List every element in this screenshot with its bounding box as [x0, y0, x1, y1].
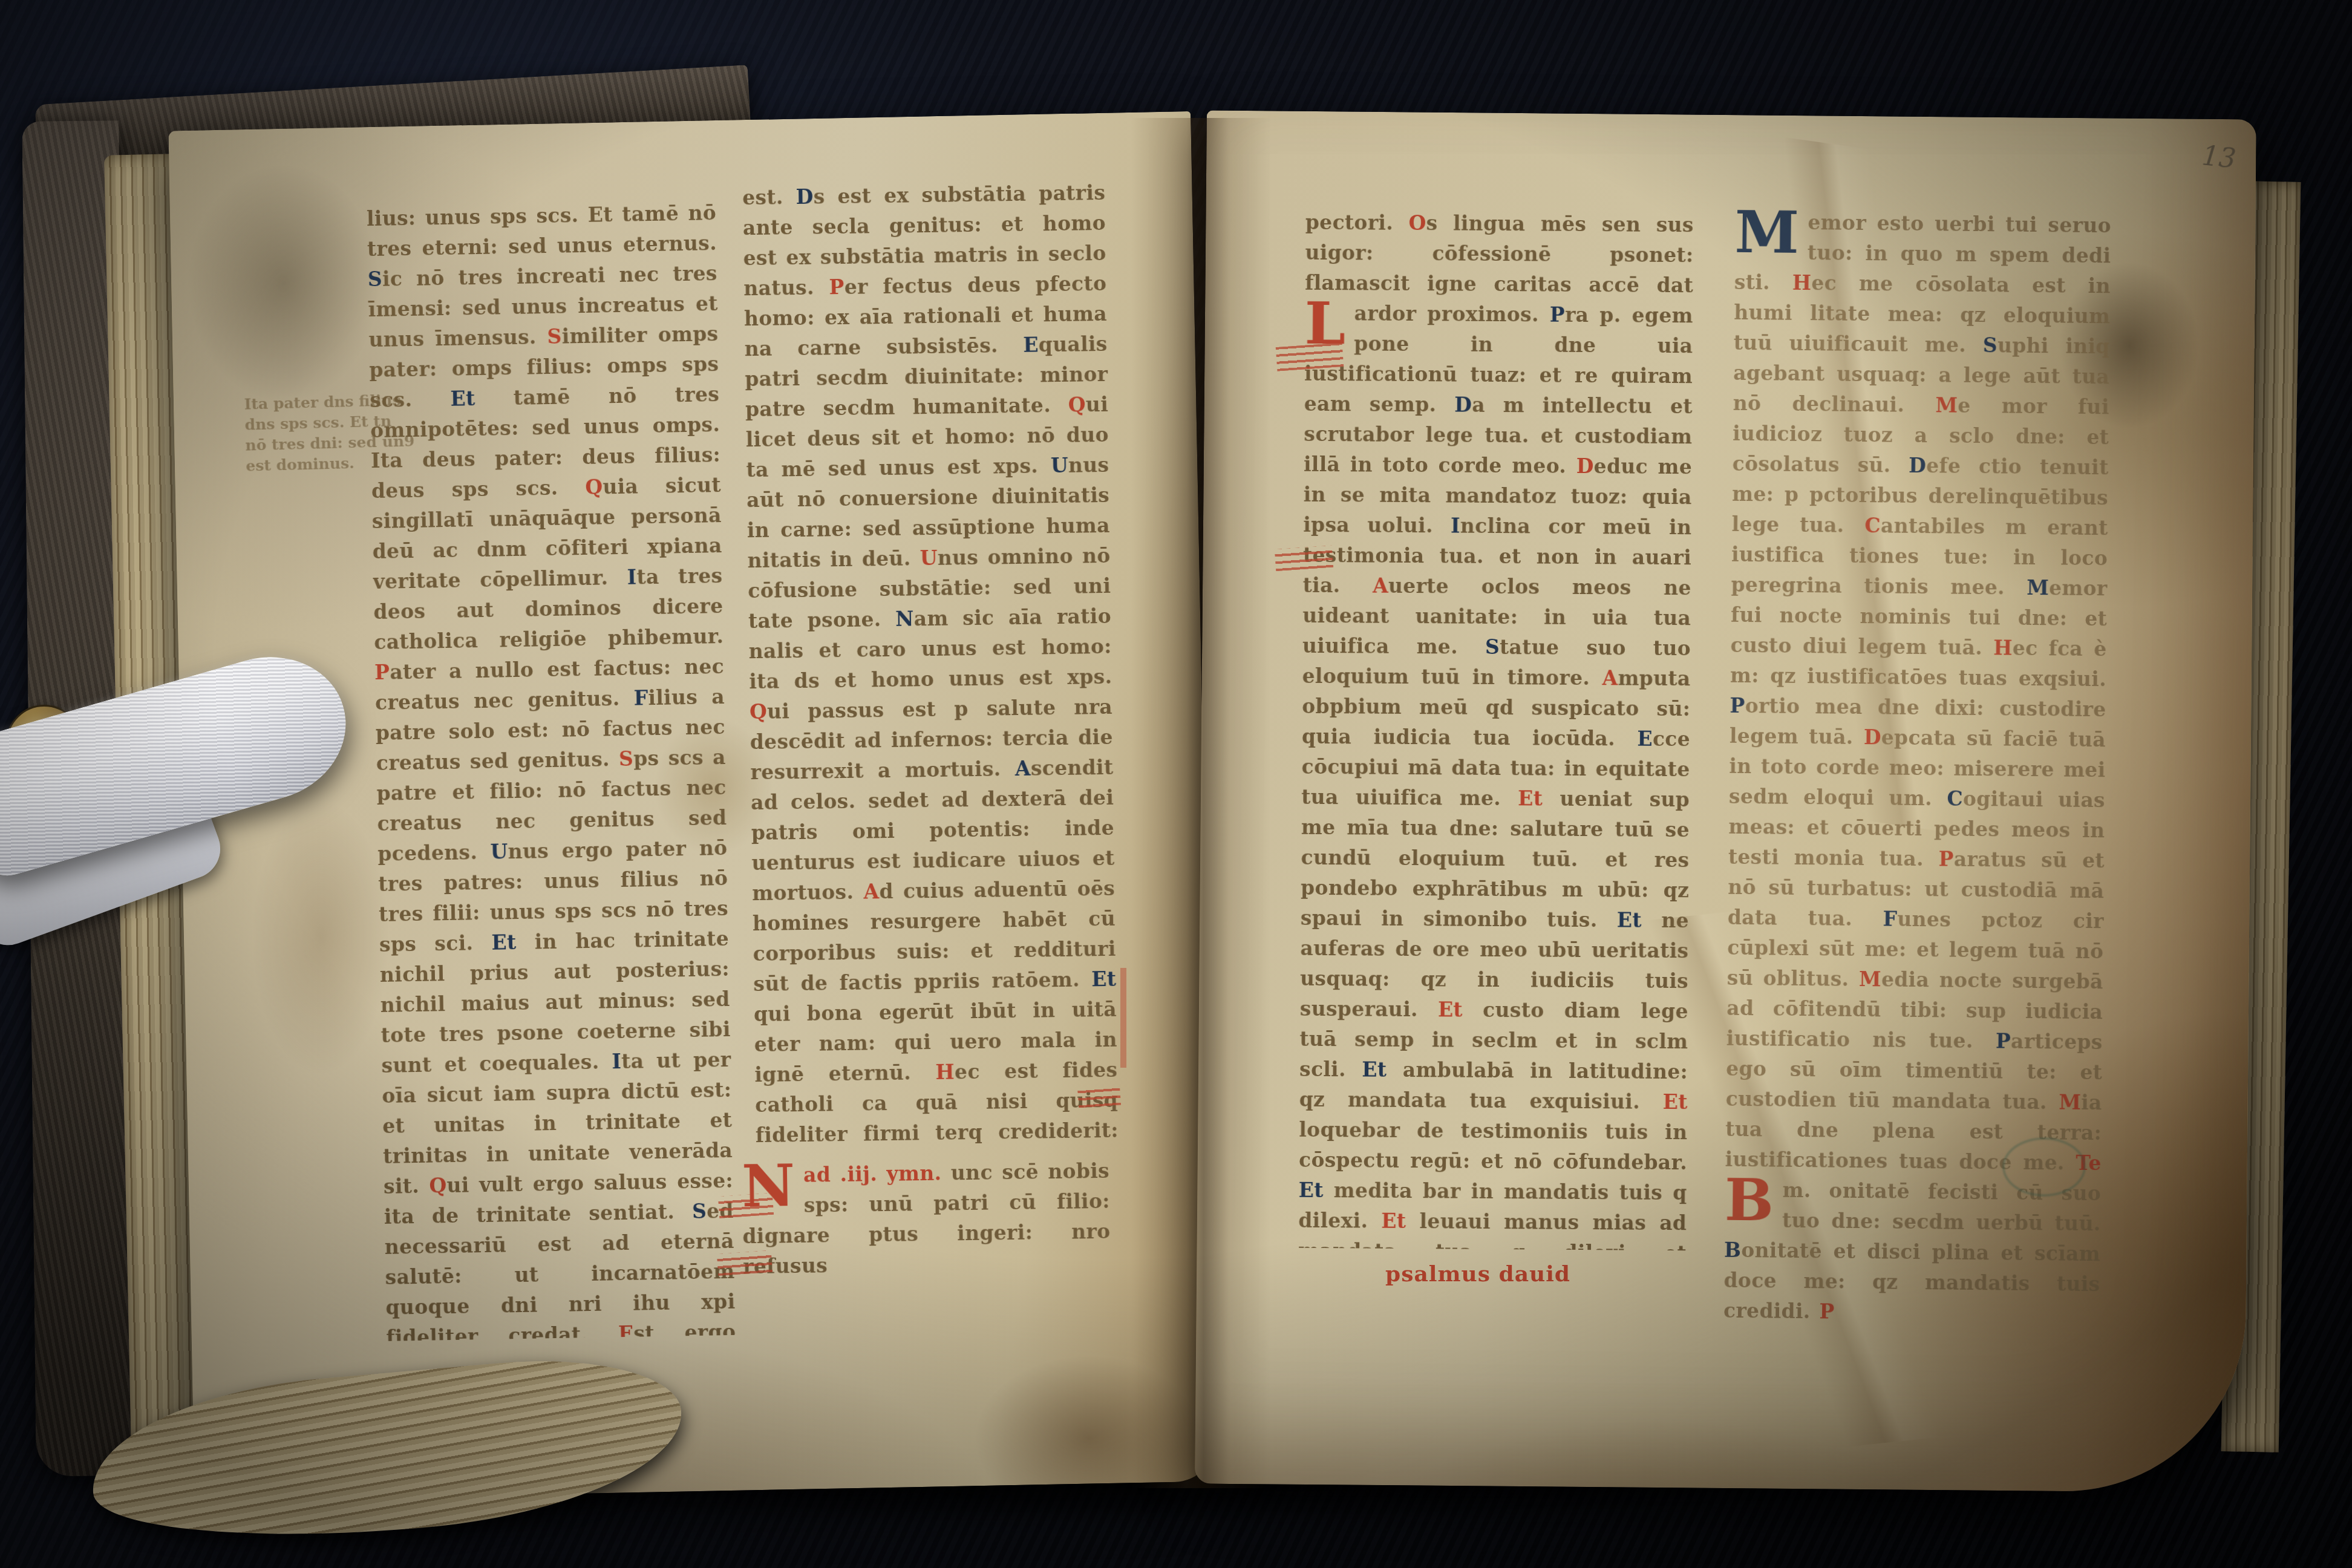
colored-initial: H [1993, 636, 2013, 659]
penwork-flourish [1276, 342, 1344, 371]
manuscript-photo: 13 Ita pater dns filiusdns sps scs. Et t… [0, 0, 2352, 1568]
colored-initial: M [1935, 393, 1958, 417]
colored-initial: L [1304, 301, 1345, 347]
colored-initial: Q [585, 475, 603, 499]
colored-initial: D [1864, 725, 1881, 749]
colored-initial: S [547, 325, 562, 348]
colored-initial: O [1408, 211, 1426, 235]
colored-initial: S [367, 267, 382, 291]
colored-initial: H [1792, 271, 1812, 295]
colored-initial: Et [1362, 1057, 1387, 1081]
annotation-circle [2002, 1137, 2086, 1197]
colored-initial: Et [1518, 786, 1543, 810]
colored-initial: D [1454, 393, 1472, 417]
colored-initial: Et [1663, 1090, 1688, 1114]
left-page-column-1: lius: unus sps scs. Et tamē nō tres eter… [367, 198, 736, 1341]
colored-initial: P [829, 275, 844, 299]
body-text: onitatē et disci plina et scīam doce me:… [1723, 1238, 2100, 1323]
colored-initial: P [1550, 303, 1565, 327]
colored-initial: S [1983, 333, 1998, 357]
colored-initial: E [1023, 333, 1039, 356]
colored-initial: ymn. [886, 1161, 951, 1185]
colored-initial: B [1724, 1238, 1742, 1262]
colored-initial: P [374, 661, 390, 684]
colored-initial: C [1947, 787, 1963, 811]
left-page-column-2: est. Ds est ex substātia patris ante sec… [742, 178, 1119, 1151]
body-text: lius: unus sps scs. Et tamē nō tres eter… [367, 201, 717, 261]
colored-initial: U [920, 546, 938, 570]
colored-initial: M [2027, 576, 2049, 599]
colored-initial: Et [1299, 1178, 1324, 1202]
colored-initial: ad .iij. [803, 1162, 887, 1187]
colored-initial: S [692, 1200, 707, 1223]
colored-initial: D [1576, 454, 1594, 478]
psalm-rubric: psalmus dauid [1385, 1261, 1570, 1287]
colored-initial: F [633, 686, 648, 710]
colored-initial: S [619, 747, 634, 771]
body-text: pectori. [1305, 211, 1409, 235]
penwork-flourish [1275, 546, 1333, 572]
colored-initial: Et [450, 387, 475, 411]
colored-initial: I [627, 565, 636, 589]
colored-initial: N [895, 607, 914, 630]
left-page-terce-hymn: ad .iij. ymn. Nunc scē nobis sps: unū pa… [742, 1156, 1112, 1361]
colored-initial: D [1909, 454, 1926, 477]
colored-initial: U [1051, 454, 1069, 477]
penwork-flourish [717, 1250, 773, 1276]
colored-initial: P [1938, 847, 1954, 871]
body-text: ra p. [1565, 303, 1632, 327]
colored-initial: I [1451, 514, 1460, 537]
colored-initial: A [1373, 574, 1388, 598]
body-text: est. [742, 185, 796, 209]
colored-initial: Et [1091, 967, 1117, 991]
colored-initial: A [863, 880, 879, 903]
colored-initial: A [1602, 666, 1618, 690]
colored-initial: F [1883, 907, 1897, 930]
colored-initial: U [490, 840, 508, 864]
colored-initial: Q [429, 1174, 447, 1198]
body-text: m. [1782, 1178, 1829, 1203]
red-margin-stroke [1120, 968, 1126, 1068]
right-page-column-2: Memor esto uerbi tui seruo tuo: in quo m… [1723, 207, 2111, 1378]
colored-initial: C [1864, 514, 1881, 537]
colored-initial: B [1725, 1177, 1774, 1224]
colored-initial: H [935, 1060, 955, 1084]
colored-initial: Et [1438, 998, 1463, 1021]
colored-initial: P [1730, 694, 1745, 717]
colored-initial: S [1485, 635, 1500, 659]
colored-initial: P [1819, 1299, 1835, 1323]
penwork-flourish [1077, 1085, 1121, 1108]
colored-initial: M [1859, 967, 1881, 991]
colored-initial: M [1734, 209, 1799, 256]
body-text: loquebar de testimoniis tuis in cōspectu… [1299, 1118, 1688, 1174]
colored-initial: Et [491, 930, 517, 955]
colored-initial: D [795, 185, 813, 209]
colored-initial: I [612, 1050, 621, 1073]
folio-number: 13 [2200, 140, 2237, 175]
colored-initial: M [2059, 1090, 2081, 1114]
gutter-fold [1131, 118, 1270, 1488]
colored-initial: Q [1068, 393, 1086, 416]
colored-initial: Et [1617, 908, 1642, 932]
colored-initial: Q [750, 700, 768, 724]
colored-initial: A [1015, 757, 1031, 780]
right-page-column-1: pectori. Os lingua mēs sen sus uigor: cō… [1298, 207, 1694, 1250]
colored-initial: E [1637, 727, 1653, 751]
penwork-flourish [718, 1193, 774, 1218]
colored-initial: Et [1381, 1209, 1406, 1233]
colored-initial: P [1996, 1029, 2011, 1053]
